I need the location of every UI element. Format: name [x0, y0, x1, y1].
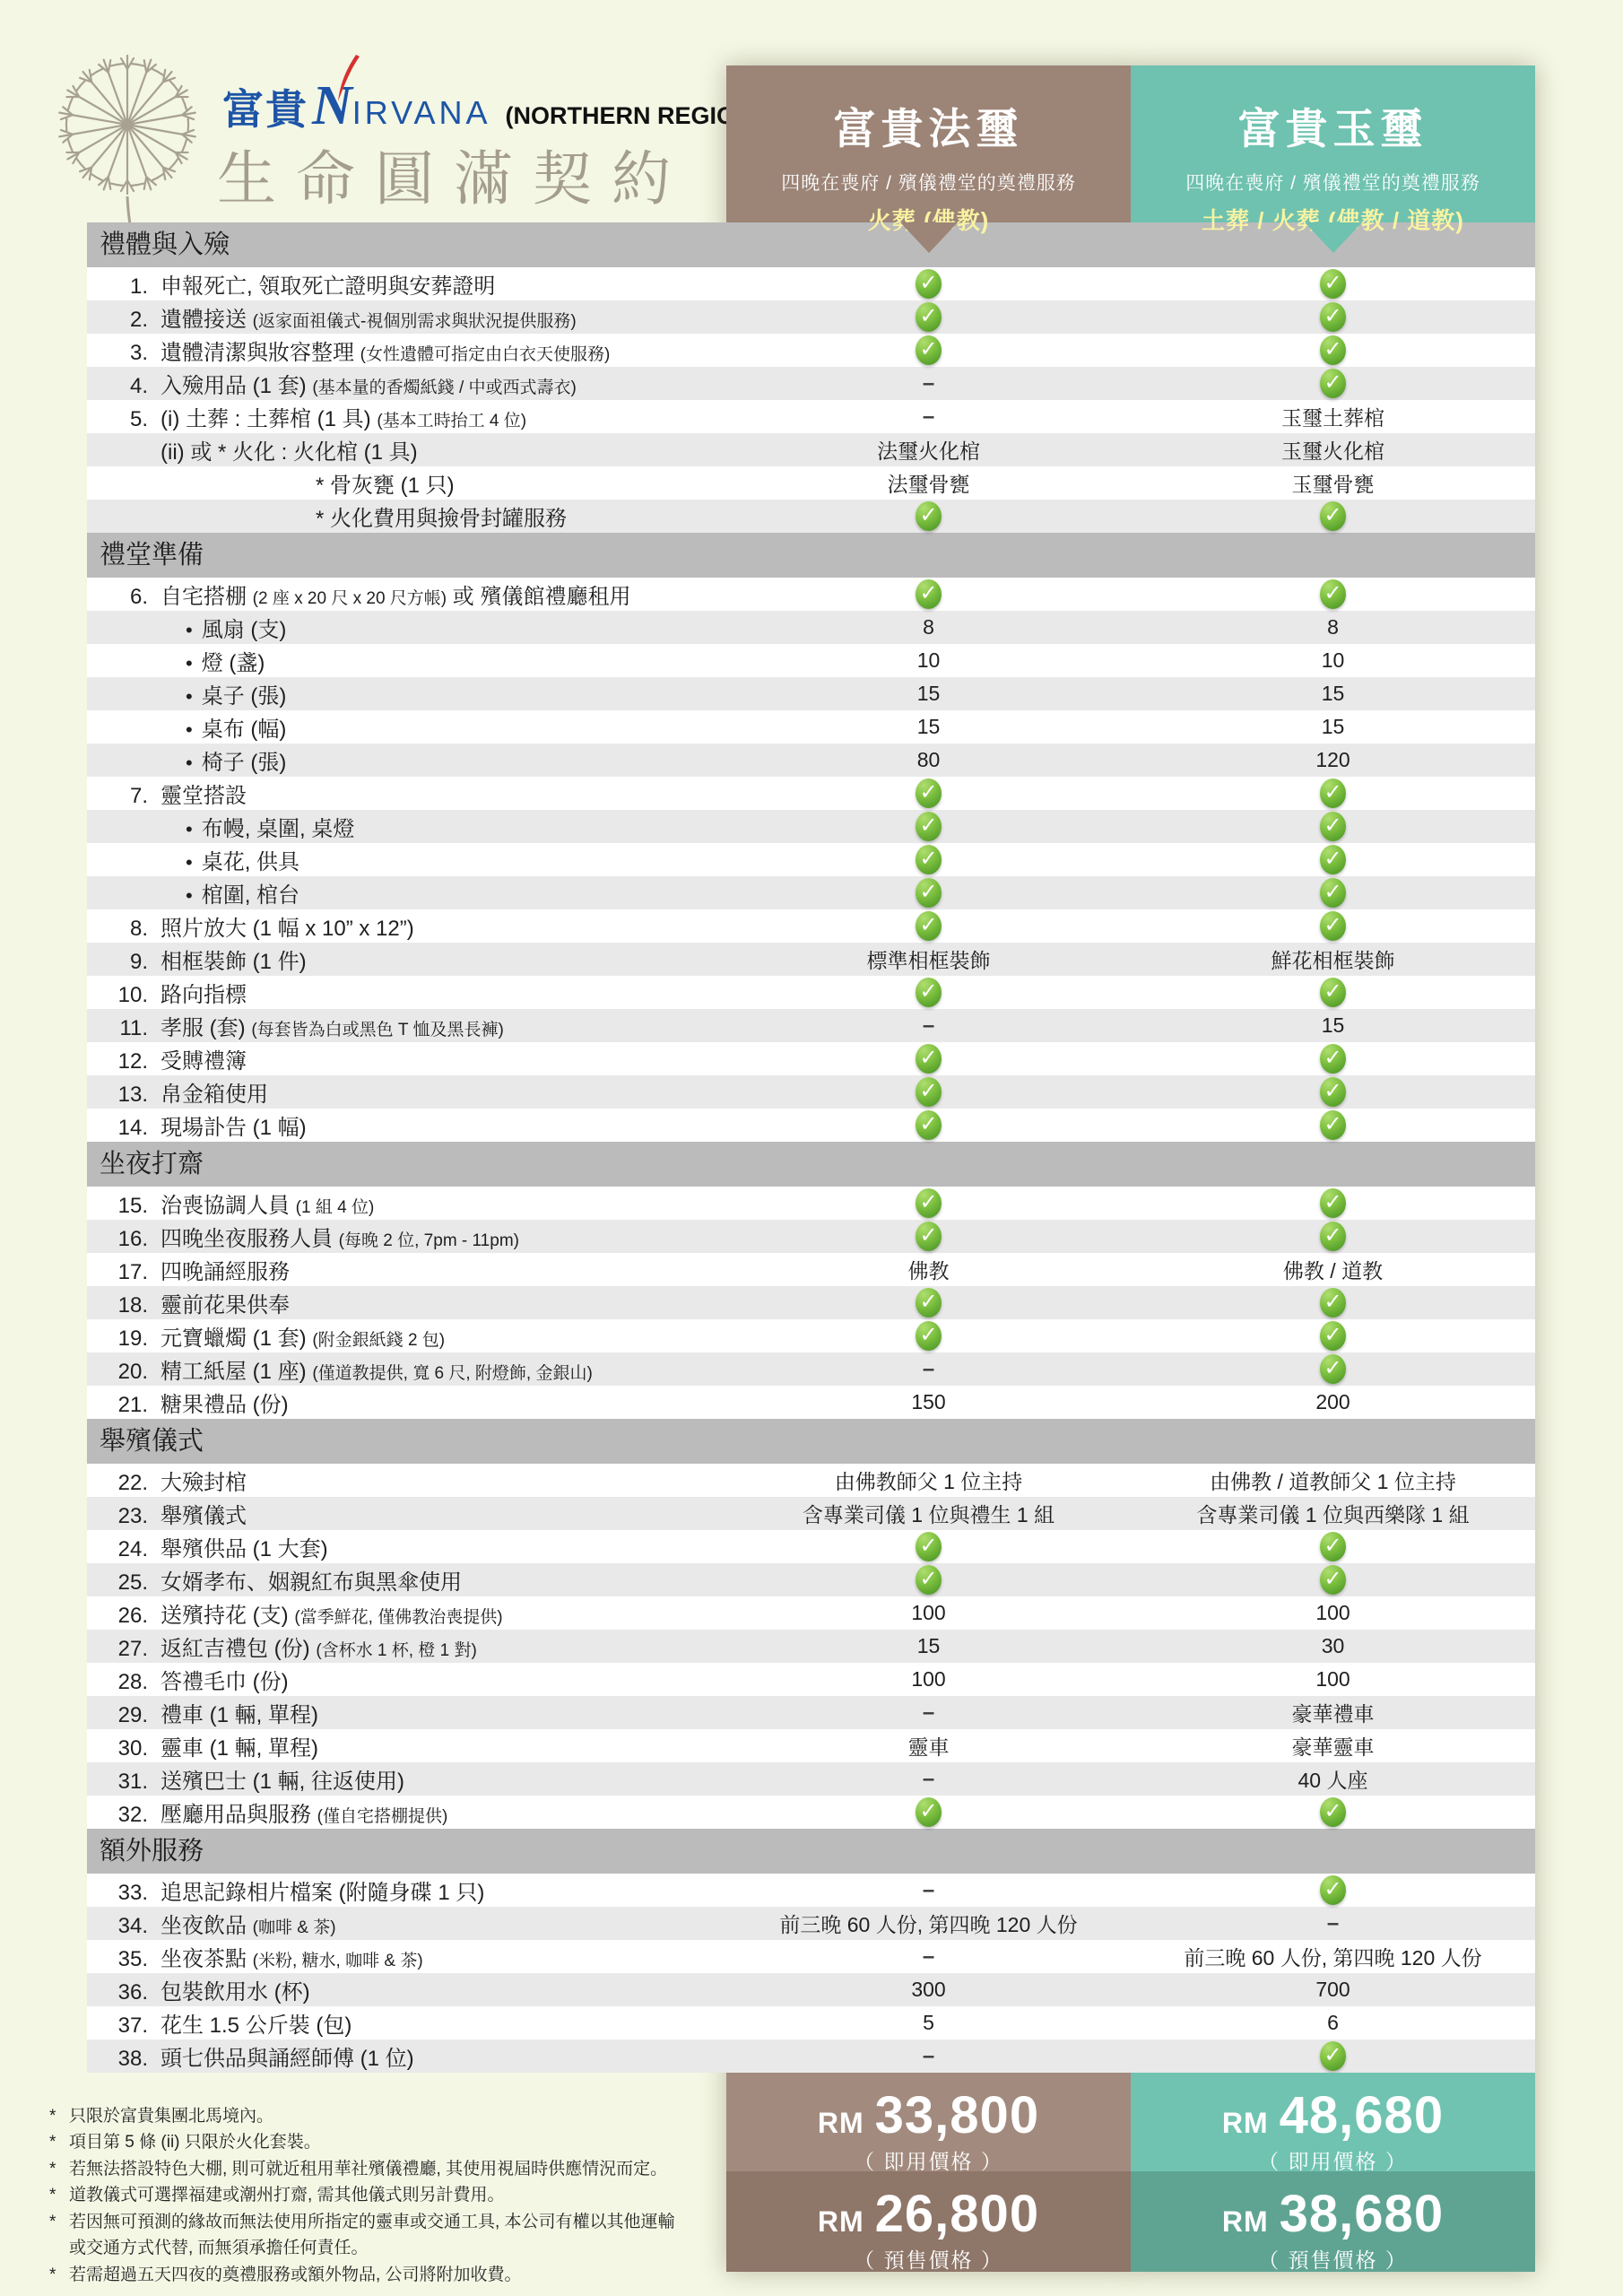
item-main-text: 舉殯供品 (1 大套)	[161, 1537, 328, 1561]
value-cell-faxi	[726, 302, 1131, 332]
item-main-text: 答禮毛巾 (份)	[161, 1670, 289, 1694]
check-icon	[916, 1110, 942, 1140]
item-number: 27.	[96, 1637, 148, 1662]
value-cell-yuxi	[1131, 812, 1535, 841]
item-text: 大殮封棺	[161, 1465, 247, 1496]
item-main-text: * 骨灰甕 (1 只)	[316, 474, 455, 498]
package-header-faxi: 富貴法璽 四晚在喪府 / 殯儀禮堂的奠禮服務 火葬 (佛教)	[726, 65, 1131, 222]
value-text: 15	[1322, 1013, 1345, 1038]
price-now-block: RM33,800（ 即用價格 ）	[726, 2073, 1131, 2171]
value-cell-faxi	[726, 501, 1131, 531]
value-text: 含專業司儀 1 位與禮生 1 組	[803, 1499, 1055, 1528]
check-icon	[1320, 1222, 1346, 1251]
item-row: 12.受賻禮簿	[87, 1042, 1535, 1075]
contract-title: 生命圓滿契約	[217, 131, 690, 216]
asterisk-mark: *	[49, 2156, 69, 2182]
check-icon	[916, 1188, 942, 1218]
footnote-text: 若無法搭設特色大棚, 則可就近租用華社殯儀禮廳, 其使用視屆時供應情況而定。	[69, 2156, 686, 2182]
value-cell-yuxi	[1131, 1044, 1535, 1074]
check-icon	[916, 1288, 942, 1318]
item-label: 8.照片放大 (1 幅 x 10” x 12”)	[87, 910, 726, 942]
value-text: 15	[1322, 715, 1345, 739]
item-text: 帛金箱使用	[161, 1076, 268, 1108]
value-cell-faxi	[726, 911, 1131, 941]
item-main-text: 桌子 (張)	[202, 684, 287, 709]
check-icon	[1320, 845, 1346, 874]
value-cell-faxi: 100	[726, 1667, 1131, 1692]
item-label: 38.頭七供品與誦經師傅 (1 位)	[87, 2040, 726, 2072]
value-cell-faxi: –	[726, 1013, 1131, 1039]
item-text: 送殯持花 (支) (當季鮮花, 僅佛教治喪提供)	[161, 1597, 503, 1629]
item-main-text: 返紅吉禮包 (份)	[161, 1637, 316, 1661]
item-text: 入殮用品 (1 套) (基本量的香燭紙錢 / 中或西式壽衣)	[161, 368, 577, 399]
value-cell-yuxi: 700	[1131, 1978, 1535, 2002]
item-number: 19.	[96, 1326, 148, 1352]
check-icon	[1320, 1044, 1346, 1074]
value-cell-yuxi	[1131, 579, 1535, 609]
item-text: 四晚誦經服務	[161, 1254, 290, 1285]
value-text: 40 人座	[1298, 1764, 1368, 1794]
value-cell-yuxi	[1131, 1222, 1535, 1251]
item-main-text: 自宅搭棚	[161, 585, 253, 609]
value-cell-yuxi: 玉璽土葬棺	[1131, 402, 1535, 431]
item-main-text: 桌布 (幅)	[202, 717, 287, 742]
section-bar: 舉殯儀式	[87, 1419, 1535, 1464]
item-text: •椅子 (張)	[186, 744, 286, 776]
price-pre-block: RM38,680（ 預售價格 ）	[1131, 2171, 1535, 2272]
value-text: 120	[1315, 748, 1350, 772]
item-main-text: 四晚誦經服務	[161, 1260, 290, 1284]
value-cell-yuxi	[1131, 1354, 1535, 1384]
item-label: 23.舉殯儀式	[87, 1498, 726, 1529]
item-text: 舉殯儀式	[161, 1498, 247, 1529]
item-row: 5.(i) 土葬 : 土葬棺 (1 具) (基本工時抬工 4 位)–玉璽土葬棺	[87, 400, 1535, 433]
item-label: 25.女婿孝布、姻親紅布與黑傘使用	[87, 1564, 726, 1596]
item-text: 追思記錄相片檔案 (附隨身碟 1 只)	[161, 1874, 484, 1906]
footnote-line: *若因無可預測的緣故而無法使用所指定的靈車或交通工具, 本公司有權以其他運輸或交…	[49, 2209, 686, 2262]
brand-region: (NORTHERN REGION)	[506, 102, 761, 130]
value-cell-faxi: 10	[726, 648, 1131, 673]
value-cell-yuxi	[1131, 1110, 1535, 1140]
price-line: RM26,800	[726, 2184, 1131, 2244]
value-cell-faxi: 8	[726, 615, 1131, 639]
item-row: 17.四晚誦經服務佛教佛教 / 道教	[87, 1253, 1535, 1286]
value-text: 豪華禮車	[1292, 1698, 1375, 1727]
value-text: 由佛教 / 道教師父 1 位主持	[1210, 1465, 1456, 1495]
check-icon	[916, 1565, 942, 1595]
value-cell-faxi: 80	[726, 748, 1131, 772]
item-text: 治喪協調人員 (1 組 4 位)	[161, 1187, 374, 1219]
dash-mark: –	[923, 1357, 934, 1382]
item-main-text: 棺圍, 棺台	[202, 883, 299, 908]
value-cell-yuxi: 由佛教 / 道教師父 1 位主持	[1131, 1465, 1535, 1495]
value-text: 30	[1322, 1634, 1345, 1658]
item-main-text: 大殮封棺	[161, 1471, 247, 1495]
item-text: 路向指標	[161, 977, 247, 1008]
brand-chinese: 富貴	[222, 77, 308, 136]
item-label: 13.帛金箱使用	[87, 1076, 726, 1108]
item-main-text: 桌花, 供具	[202, 850, 299, 874]
item-number: 6.	[96, 585, 148, 610]
bullet-icon: •	[186, 718, 193, 741]
check-icon	[916, 911, 942, 941]
value-text: 100	[911, 1667, 945, 1692]
item-row: 36.包裝飲用水 (杯)300700	[87, 1973, 1535, 2006]
item-number: 36.	[96, 1980, 148, 2005]
item-text: 花生 1.5 公斤裝 (包)	[161, 2007, 352, 2039]
value-text: 15	[1322, 682, 1345, 706]
value-text: 80	[917, 748, 941, 772]
item-label: 4.入殮用品 (1 套) (基本量的香燭紙錢 / 中或西式壽衣)	[87, 368, 726, 399]
value-cell-yuxi: 100	[1131, 1667, 1535, 1692]
item-row: •椅子 (張)80120	[87, 744, 1535, 777]
check-icon	[1320, 1288, 1346, 1318]
value-cell-faxi: 法璽骨甕	[726, 468, 1131, 498]
item-main-text: 遺體接送	[161, 308, 253, 332]
item-label: •棺圍, 棺台	[87, 877, 726, 909]
value-cell-faxi	[726, 1288, 1131, 1318]
item-text: 女婿孝布、姻親紅布與黑傘使用	[161, 1564, 462, 1596]
item-number: 26.	[96, 1604, 148, 1629]
currency-label: RM	[818, 2107, 864, 2140]
item-note: (咖啡 & 茶)	[253, 1918, 336, 1937]
item-label: 26.送殯持花 (支) (當季鮮花, 僅佛教治喪提供)	[87, 1597, 726, 1629]
check-icon	[916, 978, 942, 1007]
value-cell-yuxi	[1131, 911, 1535, 941]
check-icon	[916, 335, 942, 365]
value-text: 鮮花相框裝飾	[1271, 944, 1395, 974]
value-cell-faxi	[726, 812, 1131, 841]
check-icon	[916, 1222, 942, 1251]
item-text: 四晚坐夜服務人員 (每晚 2 位, 7pm - 11pm)	[161, 1221, 519, 1252]
item-text: 返紅吉禮包 (份) (含杯水 1 杯, 橙 1 對)	[161, 1631, 477, 1662]
value-cell-faxi	[726, 778, 1131, 808]
dash-mark: –	[923, 1013, 934, 1039]
bullet-icon: •	[186, 818, 193, 840]
item-label: 3.遺體清潔與妝容整理 (女性遺體可指定由白衣天使服務)	[87, 335, 726, 366]
item-row: 23.舉殯儀式含專業司儀 1 位與禮生 1 組含專業司儀 1 位與西樂隊 1 組	[87, 1497, 1535, 1530]
value-cell-faxi: –	[726, 1878, 1131, 1903]
item-label: 6.自宅搭棚 (2 座 x 20 尺 x 20 尺方帳) 或 殯儀館禮廳租用	[87, 578, 726, 610]
value-cell-faxi: 由佛教師父 1 位主持	[726, 1465, 1131, 1495]
value-cell-yuxi	[1131, 778, 1535, 808]
item-label: •燈 (盞)	[87, 645, 726, 676]
item-row: * 骨灰甕 (1 只)法璽骨甕玉璽骨甕	[87, 466, 1535, 500]
item-main-text: 追思記錄相片檔案 (附隨身碟 1 只)	[161, 1881, 484, 1905]
item-label: 17.四晚誦經服務	[87, 1254, 726, 1285]
item-number: 23.	[96, 1504, 148, 1529]
item-label: 15.治喪協調人員 (1 組 4 位)	[87, 1187, 726, 1219]
value-text: 法璽骨甕	[888, 468, 970, 498]
footnote-line: *只限於富貴集團北馬境內。	[49, 2103, 686, 2129]
item-row: •布幔, 桌圍, 桌燈	[87, 810, 1535, 843]
item-row: 8.照片放大 (1 幅 x 10” x 12”)	[87, 909, 1535, 943]
item-number: 28.	[96, 1670, 148, 1695]
item-number: 21.	[96, 1393, 148, 1418]
item-note: (1 組 4 位)	[296, 1198, 375, 1217]
value-cell-yuxi: 6	[1131, 2011, 1535, 2035]
item-number: 29.	[96, 1703, 148, 1728]
check-icon	[916, 501, 942, 531]
item-text: 受賻禮簿	[161, 1043, 247, 1074]
check-icon	[1320, 335, 1346, 365]
item-row: 14.現場訃告 (1 幅)	[87, 1109, 1535, 1142]
footnote-line: *道教儀式可選擇福建或潮州打齋, 需其他儀式則另計費用。	[49, 2182, 686, 2208]
value-cell-faxi: 靈車	[726, 1731, 1131, 1761]
value-cell-faxi: 15	[726, 715, 1131, 739]
check-icon	[1320, 1110, 1346, 1140]
item-label: 19.元寶蠟燭 (1 套) (附金銀紙錢 2 包)	[87, 1320, 726, 1352]
section-bar: 坐夜打齋	[87, 1142, 1535, 1187]
item-row: 15.治喪協調人員 (1 組 4 位)	[87, 1187, 1535, 1220]
item-text: 精工紙屋 (1 座) (僅道教提供, 寬 6 尺, 附燈飾, 金銀山)	[161, 1353, 593, 1385]
item-number: 7.	[96, 784, 148, 809]
item-row: •風扇 (支)88	[87, 611, 1535, 644]
check-icon	[1320, 302, 1346, 332]
item-main-text: 四晚坐夜服務人員	[161, 1227, 339, 1251]
package-title: 富貴法璽	[726, 65, 1131, 156]
check-icon	[1320, 1321, 1346, 1351]
item-text: * 火化費用與撿骨封罐服務	[316, 500, 567, 532]
item-number: 8.	[96, 917, 148, 942]
item-number: 34.	[96, 1914, 148, 1939]
item-text: 相框裝飾 (1 件)	[161, 944, 307, 975]
price-line: RM33,800	[726, 2085, 1131, 2145]
check-icon	[916, 302, 942, 332]
value-cell-faxi: 含專業司儀 1 位與禮生 1 組	[726, 1499, 1131, 1528]
item-label: 31.送殯巴士 (1 輛, 往返使用)	[87, 1763, 726, 1795]
check-icon	[1320, 369, 1346, 398]
check-icon	[1320, 501, 1346, 531]
item-text: •燈 (盞)	[186, 645, 265, 676]
item-row: 9.相框裝飾 (1 件)標準相框裝飾鮮花相框裝飾	[87, 943, 1535, 976]
item-row: 31.送殯巴士 (1 輛, 往返使用)–40 人座	[87, 1762, 1535, 1796]
value-text: 標準相框裝飾	[867, 944, 991, 974]
item-label: 35.坐夜茶點 (米粉, 糖水, 咖啡 & 茶)	[87, 1941, 726, 1972]
item-row: •棺圍, 棺台	[87, 876, 1535, 909]
check-icon	[1320, 1875, 1346, 1905]
item-number: 38.	[96, 2047, 148, 2072]
section-bar: 禮堂準備	[87, 533, 1535, 578]
item-main-text: (i) 土葬 : 土葬棺 (1 具)	[161, 407, 377, 431]
value-text: 10	[1322, 648, 1345, 673]
item-number: 4.	[96, 374, 148, 399]
value-cell-yuxi: 玉璽骨甕	[1131, 468, 1535, 498]
item-main-text: (ii) 或 * 火化 : 火化棺 (1 具)	[161, 440, 418, 465]
item-number: 37.	[96, 2013, 148, 2039]
check-icon	[916, 1077, 942, 1107]
value-cell-yuxi: 120	[1131, 748, 1535, 772]
item-text: 自宅搭棚 (2 座 x 20 尺 x 20 尺方帳) 或 殯儀館禮廳租用	[161, 578, 630, 610]
asterisk-mark: *	[49, 2209, 69, 2262]
value-text: 佛教 / 道教	[1283, 1255, 1383, 1284]
footnote-line: *若無法搭設特色大棚, 則可就近租用華社殯儀禮廳, 其使用視屆時供應情況而定。	[49, 2156, 686, 2182]
value-cell-faxi	[726, 1222, 1131, 1251]
bullet-icon: •	[186, 685, 193, 708]
price-type-label: （ 預售價格 ）	[726, 2244, 1131, 2274]
value-text: 玉璽火化棺	[1281, 435, 1384, 465]
item-main-text: 送殯持花 (支)	[161, 1604, 294, 1628]
asterisk-mark: *	[49, 2129, 69, 2155]
item-label: 2.遺體接送 (返家面祖儀式-視個別需求與狀況提供服務)	[87, 301, 726, 333]
price-pre-block: RM26,800（ 預售價格 ）	[726, 2171, 1131, 2272]
item-note: (含杯水 1 杯, 橙 1 對)	[316, 1641, 476, 1660]
check-icon	[1320, 1354, 1346, 1384]
item-label: •桌子 (張)	[87, 678, 726, 709]
item-label: •椅子 (張)	[87, 744, 726, 776]
value-text: 法璽火化棺	[877, 435, 980, 465]
pointer-triangle-icon	[900, 222, 958, 253]
bullet-icon: •	[186, 752, 193, 774]
item-number: 22.	[96, 1471, 148, 1496]
item-label: •風扇 (支)	[87, 612, 726, 643]
value-cell-faxi: –	[726, 371, 1131, 396]
package-title: 富貴玉璽	[1131, 65, 1535, 156]
item-label: 16.四晚坐夜服務人員 (每晚 2 位, 7pm - 11pm)	[87, 1221, 726, 1252]
currency-label: RM	[1222, 2205, 1269, 2239]
item-number: 24.	[96, 1537, 148, 1562]
value-cell-yuxi: 15	[1131, 715, 1535, 739]
value-cell-yuxi	[1131, 1077, 1535, 1107]
item-main-text: 孝服 (套)	[161, 1016, 251, 1040]
check-icon	[916, 1044, 942, 1074]
value-cell-yuxi: 200	[1131, 1390, 1535, 1414]
value-cell-yuxi	[1131, 501, 1535, 531]
item-text: 包裝飲用水 (杯)	[161, 1974, 310, 2005]
price-line: RM48,680	[1131, 2085, 1535, 2145]
item-note: (每晚 2 位, 7pm - 11pm)	[339, 1231, 519, 1250]
item-text: 坐夜茶點 (米粉, 糖水, 咖啡 & 茶)	[161, 1941, 423, 1972]
value-text: 8	[923, 615, 934, 639]
value-cell-yuxi	[1131, 1188, 1535, 1218]
item-number: 10.	[96, 983, 148, 1008]
item-row: 10.路向指標	[87, 976, 1535, 1009]
item-label: (ii) 或 * 火化 : 火化棺 (1 具)	[87, 434, 726, 465]
value-cell-yuxi	[1131, 302, 1535, 332]
item-number: 15.	[96, 1194, 148, 1219]
item-note: (附金銀紙錢 2 包)	[312, 1331, 445, 1350]
check-icon	[1320, 1532, 1346, 1561]
value-cell-yuxi	[1131, 1288, 1535, 1318]
value-text: 700	[1315, 1978, 1350, 2002]
item-main-text: 遺體清潔與妝容整理	[161, 341, 360, 365]
value-cell-faxi	[726, 1532, 1131, 1561]
value-cell-faxi	[726, 845, 1131, 874]
value-cell-faxi	[726, 1044, 1131, 1074]
item-label: * 火化費用與撿骨封罐服務	[87, 500, 726, 532]
item-main-text: * 火化費用與撿骨封罐服務	[316, 507, 567, 531]
check-icon	[1320, 579, 1346, 609]
item-number: 17.	[96, 1260, 148, 1285]
value-cell-faxi: –	[726, 1700, 1131, 1726]
item-row: 13.帛金箱使用	[87, 1075, 1535, 1109]
item-number: 20.	[96, 1360, 148, 1385]
value-cell-faxi: 100	[726, 1601, 1131, 1625]
item-row: 38.頭七供品與誦經師傅 (1 位)–	[87, 2039, 1535, 2073]
item-text: 靈堂搭設	[161, 778, 247, 809]
value-cell-faxi	[726, 978, 1131, 1007]
item-main-text: 相框裝飾 (1 件)	[161, 950, 307, 974]
value-text: 100	[1315, 1667, 1350, 1692]
item-main-text: 坐夜茶點	[161, 1947, 253, 1971]
item-row: •桌花, 供具	[87, 843, 1535, 876]
value-cell-faxi: 前三晚 60 人份, 第四晚 120 人份	[726, 1909, 1131, 1938]
item-label: 1.申報死亡, 領取死亡證明與安葬證明	[87, 268, 726, 300]
item-note: (當季鮮花, 僅佛教治喪提供)	[294, 1608, 502, 1627]
item-main-text: 舉殯儀式	[161, 1504, 247, 1528]
package-header-yuxi: 富貴玉璽 四晚在喪府 / 殯儀禮堂的奠禮服務 土葬 / 火葬 (佛教 / 道教)	[1131, 65, 1535, 222]
item-row: 19.元寶蠟燭 (1 套) (附金銀紙錢 2 包)	[87, 1319, 1535, 1352]
item-main-text: 坐夜飲品	[161, 1914, 253, 1938]
value-text: 靈車	[908, 1731, 950, 1761]
item-row: 21.糖果禮品 (份)150200	[87, 1386, 1535, 1419]
item-number: 30.	[96, 1736, 148, 1761]
value-cell-faxi: 15	[726, 682, 1131, 706]
value-cell-faxi	[726, 1110, 1131, 1140]
value-cell-yuxi: 玉璽火化棺	[1131, 435, 1535, 465]
item-label: •桌花, 供具	[87, 844, 726, 875]
value-text: 豪華靈車	[1292, 1731, 1375, 1761]
item-row: 37.花生 1.5 公斤裝 (包)56	[87, 2006, 1535, 2039]
value-cell-yuxi	[1131, 269, 1535, 299]
asterisk-mark: *	[49, 2103, 69, 2129]
item-text: •棺圍, 棺台	[186, 877, 299, 909]
value-cell-faxi	[726, 1797, 1131, 1827]
value-cell-yuxi: 含專業司儀 1 位與西樂隊 1 組	[1131, 1499, 1535, 1528]
value-cell-yuxi	[1131, 878, 1535, 908]
value-cell-yuxi	[1131, 1321, 1535, 1351]
footnote-text: 若因無可預測的緣故而無法使用所指定的靈車或交通工具, 本公司有權以其他運輸或交通…	[69, 2209, 686, 2262]
item-main-text: 治喪協調人員	[161, 1194, 296, 1218]
item-text: 舉殯供品 (1 大套)	[161, 1531, 328, 1562]
item-main-text: 頭七供品與誦經師傅 (1 位)	[161, 2047, 414, 2071]
value-cell-yuxi: –	[1131, 1911, 1535, 1936]
bullet-icon: •	[186, 652, 193, 674]
flyer-page: 富貴 N IRVANA (NORTHERN REGION) 生命圓滿契約 富貴法…	[0, 0, 1623, 2296]
item-number: 18.	[96, 1293, 148, 1318]
item-main-text: 元寶蠟燭 (1 套)	[161, 1326, 312, 1351]
item-row: 28.答禮毛巾 (份)100100	[87, 1663, 1535, 1696]
item-main-text: 燈 (盞)	[202, 651, 265, 675]
item-main-text: 靈堂搭設	[161, 784, 247, 808]
value-text: 300	[911, 1978, 945, 2002]
item-label: 32.壓廳用品與服務 (僅自宅搭棚提供)	[87, 1796, 726, 1828]
currency-label: RM	[1222, 2107, 1269, 2140]
item-label: 21.糖果禮品 (份)	[87, 1387, 726, 1418]
value-cell-faxi	[726, 1077, 1131, 1107]
brand-english: IRVANA	[352, 94, 491, 132]
item-row: 26.送殯持花 (支) (當季鮮花, 僅佛教治喪提供)100100	[87, 1596, 1535, 1630]
item-text: •布幔, 桌圍, 桌燈	[186, 811, 354, 842]
item-main-text: 包裝飲用水 (杯)	[161, 1980, 310, 2005]
item-label: 30.靈車 (1 輛, 單程)	[87, 1730, 726, 1761]
currency-label: RM	[818, 2205, 864, 2239]
footnote-text: 若需超過五天四夜的奠禮服務或額外物品, 公司將附加收費。	[69, 2262, 686, 2288]
item-text: 頭七供品與誦經師傅 (1 位)	[161, 2040, 414, 2072]
check-icon	[916, 269, 942, 299]
value-cell-faxi: 300	[726, 1978, 1131, 2002]
item-label: 22.大殮封棺	[87, 1465, 726, 1496]
item-note: (返家面祖儀式-視個別需求與狀況提供服務)	[253, 312, 577, 331]
package-subtitle: 四晚在喪府 / 殯儀禮堂的奠禮服務	[1131, 169, 1535, 196]
item-note: (基本工時抬工 4 位)	[377, 412, 526, 430]
item-number: 31.	[96, 1770, 148, 1795]
check-icon	[1320, 269, 1346, 299]
value-cell-yuxi: 鮮花相框裝飾	[1131, 944, 1535, 974]
value-cell-faxi	[726, 1565, 1131, 1595]
item-row: 30.靈車 (1 輛, 單程)靈車豪華靈車	[87, 1729, 1535, 1762]
value-cell-yuxi: 100	[1131, 1601, 1535, 1625]
